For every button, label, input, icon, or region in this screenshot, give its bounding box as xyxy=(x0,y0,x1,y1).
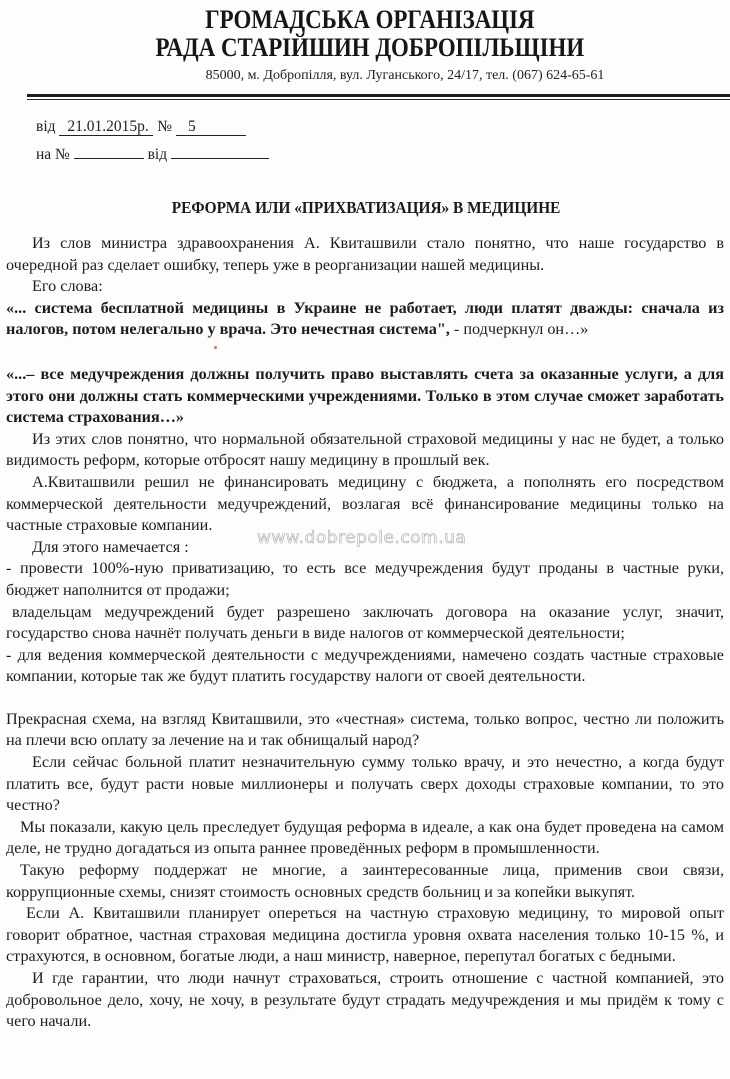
number-label: № xyxy=(157,118,172,135)
site-watermark: www.dobrepole.com.ua xyxy=(257,528,466,548)
minister-quote-2: «...– все медучреждения должны получить … xyxy=(6,364,724,429)
organization-name-line1: ГРОМАДСЬКА ОРГАНІЗАЦІЯ xyxy=(49,5,691,35)
outgoing-reference: від 21.01.2015р. № 5 xyxy=(36,118,246,136)
date-label: від xyxy=(36,118,56,135)
paragraph: Прекрасная схема, на взгляд Квиташвили, … xyxy=(6,709,724,752)
organization-address: 85000, м. Добропілля, вул. Луганського, … xyxy=(0,68,730,84)
list-item: - провести 100%-ную приватизацию, то ест… xyxy=(6,558,724,601)
paragraph: Из этих слов понятно, что нормальной обя… xyxy=(6,429,724,472)
paragraph: Такую реформу поддержат не многие, а заи… xyxy=(6,860,724,903)
incoming-reference: на № від xyxy=(36,146,269,164)
list-item: - для ведения коммерческой деятельности … xyxy=(6,645,724,688)
spacer xyxy=(6,341,724,362)
letterhead-divider-thin xyxy=(27,99,730,100)
article-title: РЕФОРМА ИЛИ «ПРИХВАТИЗАЦИЯ» В МЕДИЦИНЕ xyxy=(27,198,706,218)
paragraph: Если А. Квиташвили планирует опереться н… xyxy=(6,903,724,968)
scanned-letter-page: ГРОМАДСЬКА ОРГАНІЗАЦІЯ РАДА СТАРІЙШИН ДО… xyxy=(0,0,730,1079)
list-item: владельцам медучреждений будет разрешено… xyxy=(6,602,724,645)
reply-number-label: на № xyxy=(36,146,70,163)
reply-number-blank xyxy=(74,158,144,159)
paragraph: Если сейчас больной платит незначительну… xyxy=(6,752,724,817)
paragraph: Из слов министра здравоохранения А. Квит… xyxy=(6,233,724,276)
spacer xyxy=(6,688,724,709)
quote-text: «... система бесплатной медицины в Украи… xyxy=(6,299,724,339)
organization-name-line2: РАДА СТАРІЙШИН ДОБРОПІЛЬЩІНИ xyxy=(49,33,691,63)
letter-date: 21.01.2015р. xyxy=(59,119,153,136)
paragraph: И где гарантии, что люди начнут страхова… xyxy=(6,968,724,1033)
article-body: Из слов министра здравоохранения А. Квит… xyxy=(6,233,724,1033)
quote-attribution: - подчеркнул он…» xyxy=(450,320,589,338)
paragraph: А.Квиташвили решил не финансировать меди… xyxy=(6,472,724,537)
scan-speck xyxy=(214,346,217,349)
reply-date-label: від xyxy=(148,146,168,163)
letter-number: 5 xyxy=(176,119,246,136)
minister-quote-1: «... система бесплатной медицины в Украи… xyxy=(6,298,724,341)
reply-date-blank xyxy=(171,158,269,159)
letterhead-divider-thick xyxy=(27,94,730,97)
paragraph: Его слова: xyxy=(6,276,724,298)
paragraph: Мы показали, какую цель преследует будущ… xyxy=(6,817,724,860)
